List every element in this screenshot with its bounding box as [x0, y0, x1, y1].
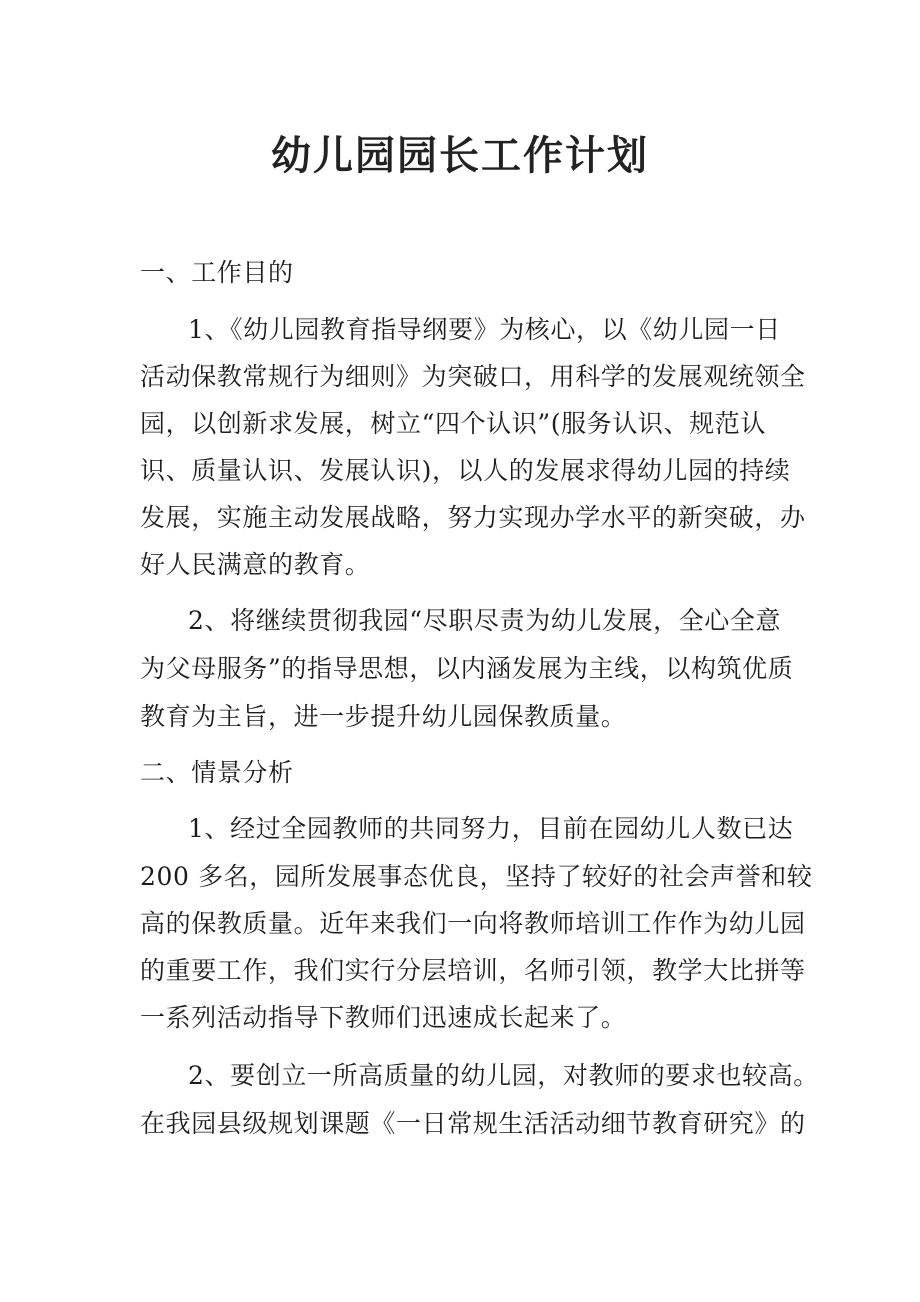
paragraph-line: 2、要创立一所高质量的幼儿园，对教师的要求也较高。: [188, 1059, 819, 1093]
paragraph-line: 好人民满意的教育。: [140, 548, 370, 582]
paragraph-line: 的重要工作，我们实行分层培训，名师引领，教学大比拼等: [140, 954, 806, 988]
paragraph-line: 1、经过全园教师的共同努力，目前在园幼儿人数已达: [188, 812, 793, 846]
paragraph-line: 活动保教常规行为细则》为突破口，用科学的发展观统领全: [140, 360, 806, 394]
paragraph-line: 识、质量认识、发展认识)，以人的发展求得幼儿园的持续: [140, 454, 790, 488]
paragraph-line: 园，以创新求发展，树立“四个认识”(服务认识、规范认: [140, 407, 766, 441]
document-title: 幼儿园园长工作计划: [0, 128, 920, 184]
paragraph-line: 教育为主旨，进一步提升幼儿园保教质量。: [140, 700, 626, 734]
paragraph-line: 为父母服务”的指导思想，以内涵发展为主线，以构筑优质: [140, 652, 793, 686]
paragraph-line: 200 多名，园所发展事态优良，坚持了较好的社会声誉和较: [140, 860, 812, 894]
paragraph-line: 在我园县级规划课题《一日常规生活活动细节教育研究》的: [140, 1107, 806, 1141]
paragraph-line: 1、《幼儿园教育指导纲要》为核心，以《幼儿园一日: [188, 313, 781, 347]
paragraph-line: 高的保教质量。近年来我们一向将教师培训工作作为幼儿园: [140, 907, 806, 941]
document-page: 幼儿园园长工作计划 一、工作目的 1、《幼儿园教育指导纲要》为核心，以《幼儿园一…: [0, 0, 920, 1302]
paragraph-line: 发展，实施主动发展战略，努力实现办学水平的新突破，办: [140, 501, 806, 535]
paragraph-line: 2、将继续贯彻我园“尽职尽责为幼儿发展，全心全意: [188, 604, 781, 638]
section-heading: 一、工作目的: [140, 256, 294, 290]
paragraph-line: 一系列活动指导下教师们迅速成长起来了。: [140, 1001, 626, 1035]
section-heading: 二、情景分析: [140, 756, 294, 790]
